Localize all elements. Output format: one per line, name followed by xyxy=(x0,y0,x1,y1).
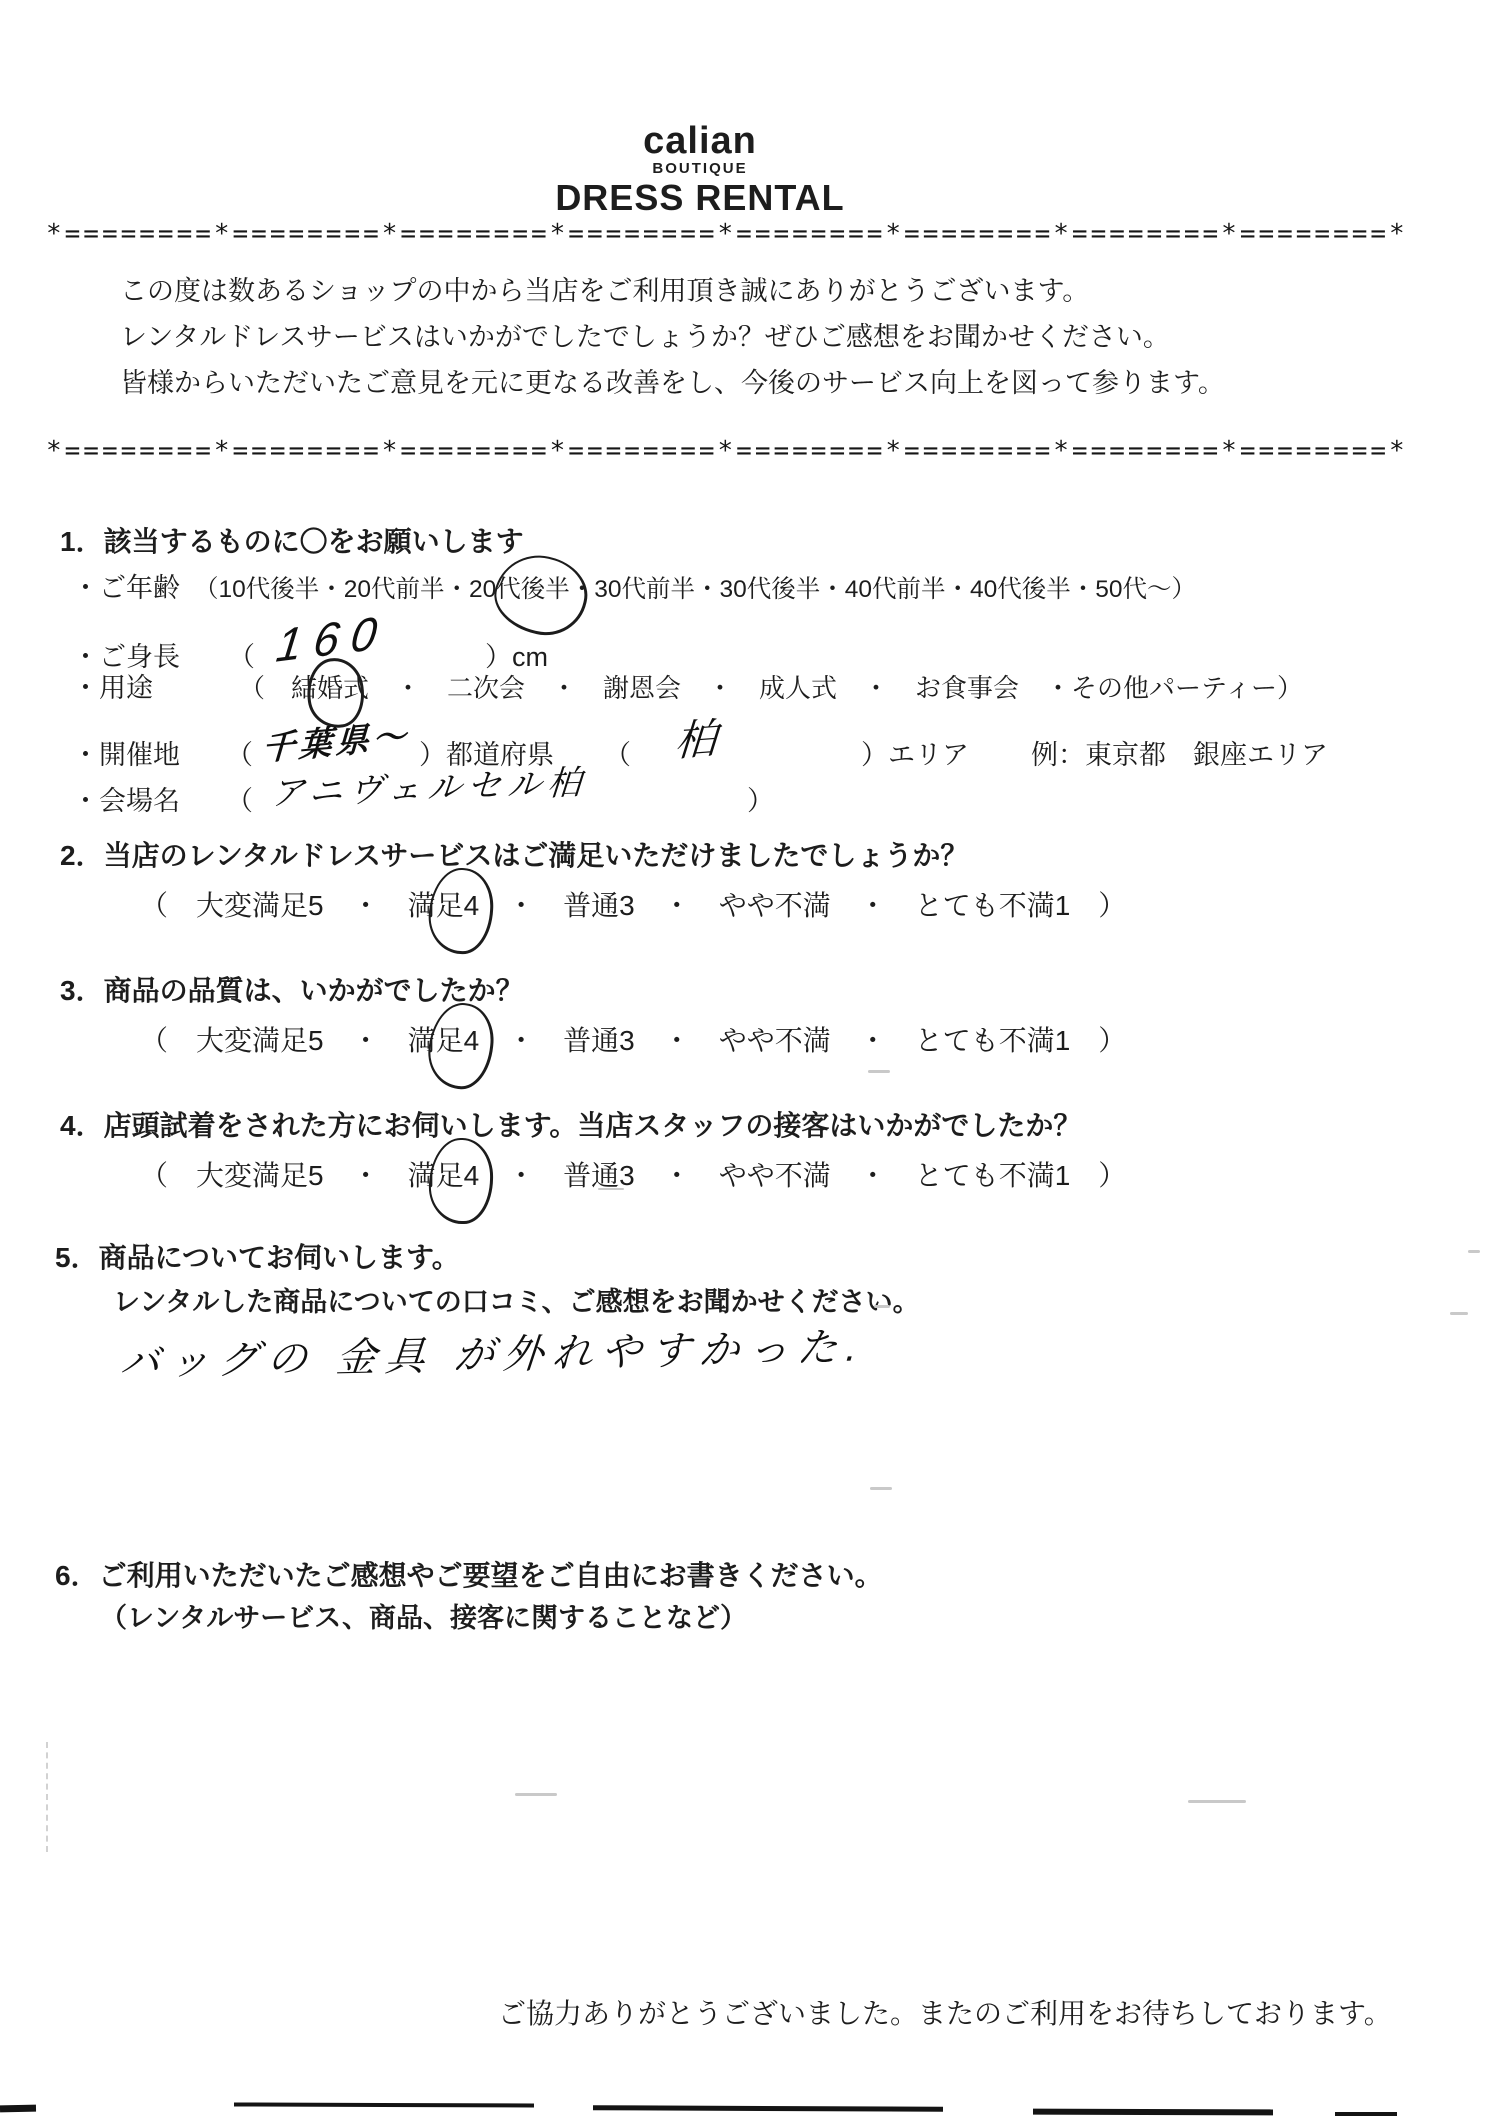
scan-artifact xyxy=(46,1742,48,1852)
scan-artifact xyxy=(874,1305,890,1308)
scan-artifact xyxy=(868,1070,890,1073)
q5-subheading: レンタルした商品についての口コミ、ご感想をお聞かせください。 xyxy=(113,1286,920,1320)
scan-artifact xyxy=(870,1487,892,1490)
q1-height-open-paren: （ xyxy=(228,642,255,672)
q1-location-area-slot: 柏 xyxy=(631,724,861,777)
page-title: DRESS RENTAL xyxy=(0,175,1400,220)
q1-purpose-selected-option: 結婚式 xyxy=(291,672,369,705)
q1-age-label: ・ご年齢 xyxy=(72,572,180,606)
q3-rating-pre: （ 大変満足5 ・ xyxy=(140,1025,408,1056)
q1-height-row: ・ご身長（160）cm xyxy=(72,622,548,680)
q1-location-prefecture-slot: 千葉県〜 xyxy=(253,732,419,773)
intro-line-1: この度は数あるショップの中から当店をご利用頂き誠にありがとうございます。 xyxy=(120,268,1440,314)
q1-purpose-label: ・用途 xyxy=(72,672,153,706)
q6-heading: 6．ご利用いただいたご感想やご要望をご自由にお書きください。 xyxy=(55,1558,883,1593)
intro-paragraph: この度は数あるショップの中から当店をご利用頂き誠にありがとうございます。 レンタ… xyxy=(120,268,1440,406)
scan-artifact xyxy=(1450,1312,1468,1315)
q2-heading: 2．当店のレンタルドレスサービスはご満足いただけましたでしょうか？ xyxy=(60,838,968,873)
q1-venue-open-paren: （ xyxy=(226,786,253,816)
q1-height-close-paren: ）cm xyxy=(485,642,548,672)
page-edge-line xyxy=(593,2105,943,2112)
q4-rating-row: （ 大変満足5 ・ 満足4 ・ 普通3 ・ やや不満 ・ とても不満1 ） xyxy=(140,1158,1126,1193)
q1-location-label: ・開催地 xyxy=(72,739,180,773)
q2-rating-selected: 満足4 xyxy=(408,888,480,923)
q4-rating-selected: 満足4 xyxy=(408,1158,480,1193)
q1-location-example: 例：東京都 銀座エリア xyxy=(1031,740,1328,770)
scanned-survey-form: calian BOUTIQUE DRESS RENTAL *========*=… xyxy=(0,0,1500,2127)
q1-venue-close-paren: ） xyxy=(747,786,774,816)
q1-location-open-paren-1: （ xyxy=(226,740,253,770)
q1-venue-label: ・会場名 xyxy=(72,785,180,819)
brand-logo: calian xyxy=(0,118,1400,166)
q3-rating-row: （ 大変満足5 ・ 満足4 ・ 普通3 ・ やや不満 ・ とても不満1 ） xyxy=(140,1023,1126,1058)
q1-location-close-paren-2: ）エリア xyxy=(861,740,969,770)
q5-answer-row: バッグの 金具 が外れやすかった. xyxy=(118,1338,864,1388)
q5-handwritten-answer: バッグの 金具 が外れやすかった. xyxy=(118,1322,868,1388)
scan-artifact xyxy=(1468,1250,1480,1253)
q1-location-handwritten-area: 柏 xyxy=(673,713,719,769)
q1-height-label: ・ご身長 xyxy=(72,641,180,675)
page-edge-line xyxy=(234,2102,534,2107)
q1-height-handwritten-value: 160 xyxy=(273,603,392,676)
q1-heading: 1．該当するものに〇をお願いします xyxy=(60,524,524,559)
q1-purpose-options-pre: （ xyxy=(239,673,291,703)
q1-venue-value-slot: アニヴェルセル柏 xyxy=(253,778,747,821)
q3-rating-post: ・ 普通3 ・ やや不満 ・ とても不満1 ） xyxy=(479,1025,1126,1056)
q2-rating-row: （ 大変満足5 ・ 満足4 ・ 普通3 ・ やや不満 ・ とても不満1 ） xyxy=(140,888,1126,923)
q1-age-row: ・ご年齢（10代後半・20代前半・20代後半・30代前半・30代後半・40代前半… xyxy=(72,572,1196,606)
q3-rating-selected: 満足4 xyxy=(408,1023,480,1058)
scan-artifact xyxy=(515,1793,557,1796)
q1-purpose-row: ・用途（ 結婚式 ・ 二次会 ・ 謝恩会 ・ 成人式 ・ お食事会 ・その他パー… xyxy=(72,672,1303,706)
q1-age-options-pre: （10代後半・20代前半・ xyxy=(194,576,469,603)
page-edge-line xyxy=(0,2105,36,2113)
q1-venue-row: ・会場名（アニヴェルセル柏） xyxy=(72,778,774,821)
q1-location-handwritten-prefecture: 千葉県〜 xyxy=(261,715,411,769)
q4-rating-post: ・ 普通3 ・ やや不満 ・ とても不満1 ） xyxy=(479,1160,1126,1191)
q4-heading: 4．店頭試着をされた方にお伺いします。当店スタッフの接客はいかがでしたか？ xyxy=(60,1108,1081,1143)
q1-age-options-post: ・30代前半・30代後半・40代前半・40代後半・50代～） xyxy=(570,576,1196,603)
footer-thanks-message: ご協力ありがとうございました。またのご利用をお待ちしております。 xyxy=(498,1996,1392,2031)
q1-height-value-slot: 160 xyxy=(255,622,485,680)
q5-heading: 5．商品についてお伺いします。 xyxy=(55,1240,460,1275)
page-edge-line xyxy=(1033,2109,1273,2116)
scan-artifact xyxy=(1188,1800,1246,1803)
scan-artifact xyxy=(598,1188,624,1190)
q2-rating-post: ・ 普通3 ・ やや不満 ・ とても不満1 ） xyxy=(479,890,1126,921)
intro-line-3: 皆様からいただいたご意見を元に更なる改善をし、今後のサービス向上を図って参ります… xyxy=(120,360,1440,406)
separator-line-top: *========*========*========*========*===… xyxy=(46,218,1408,251)
q1-purpose-options-post: ・ 二次会 ・ 謝恩会 ・ 成人式 ・ お食事会 ・その他パーティー） xyxy=(369,673,1303,703)
q1-age-selected-option: 20代後半 xyxy=(469,575,570,606)
q1-location-open-paren-2: （ xyxy=(604,740,631,770)
q4-rating-pre: （ 大変満足5 ・ xyxy=(140,1160,408,1191)
q2-rating-pre: （ 大変満足5 ・ xyxy=(140,890,408,921)
separator-line-middle: *========*========*========*========*===… xyxy=(46,435,1408,468)
q6-subheading: （レンタルサービス、商品、接客に関することなど） xyxy=(100,1602,747,1636)
page-edge-line xyxy=(1335,2112,1397,2116)
q1-location-row: ・開催地（千葉県〜）都道府県（柏）エリア例：東京都 銀座エリア xyxy=(72,724,1328,777)
q3-heading: 3．商品の品質は、いかがでしたか？ xyxy=(60,973,524,1008)
intro-line-2: レンタルドレスサービスはいかがでしたでしょうか？ぜひご感想をお聞かせください。 xyxy=(120,314,1440,360)
